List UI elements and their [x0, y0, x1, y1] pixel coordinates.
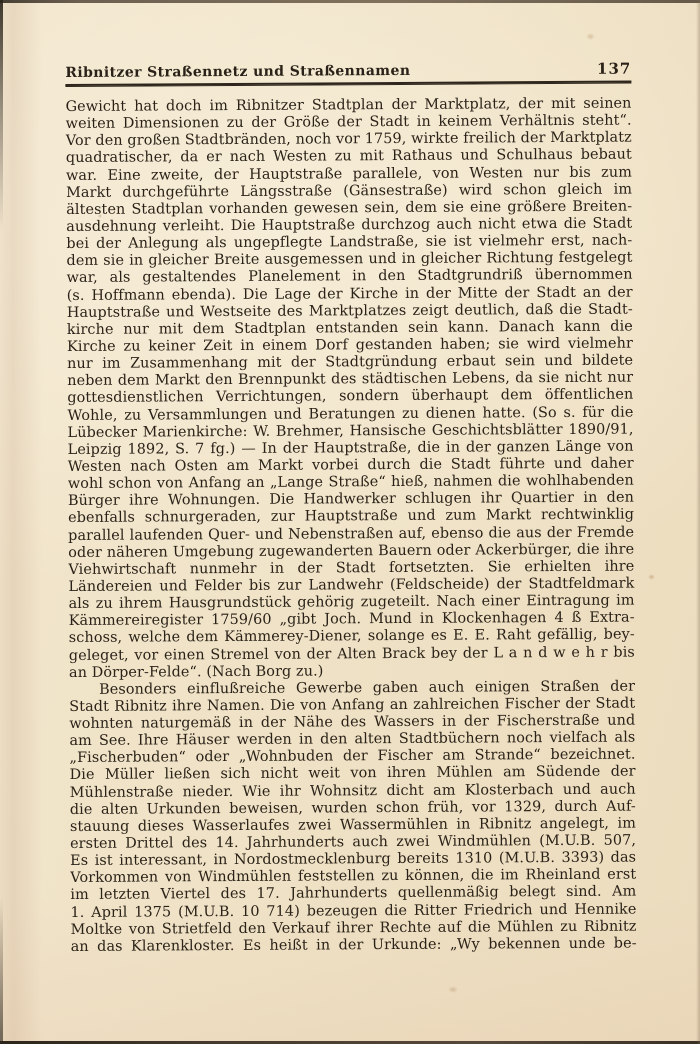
paragraph: Besonders einflußreiche Gewerbe gaben au… [69, 678, 637, 956]
scan-edge-right [696, 0, 700, 1044]
paper-stain [648, 574, 655, 580]
text-block: Gewicht hat doch im Ribnitzer Stadtplan … [65, 96, 636, 956]
text-line: an das Klarenkloster. Es heißt in der Ur… [71, 935, 637, 956]
page-content: Ribnitzer Straßennetz und Straßennamen 1… [65, 60, 636, 956]
scan-edge-left [0, 0, 3, 1044]
page-number: 137 [597, 60, 631, 78]
scan-edge-top [0, 0, 700, 3]
running-header: Ribnitzer Straßennetz und Straßennamen 1… [65, 60, 631, 81]
header-title: Ribnitzer Straßennetz und Straßennamen [65, 63, 410, 81]
header-rule [65, 81, 631, 87]
book-page: Ribnitzer Straßennetz und Straßennamen 1… [0, 0, 700, 1044]
paper-stain [586, 33, 595, 40]
gutter-shadow [0, 0, 46, 1044]
paper-stain [448, 986, 458, 993]
paragraph: Gewicht hat doch im Ribnitzer Stadtplan … [65, 96, 635, 682]
text-line: geleget, vor einen Stremel von der Alten… [69, 644, 635, 665]
